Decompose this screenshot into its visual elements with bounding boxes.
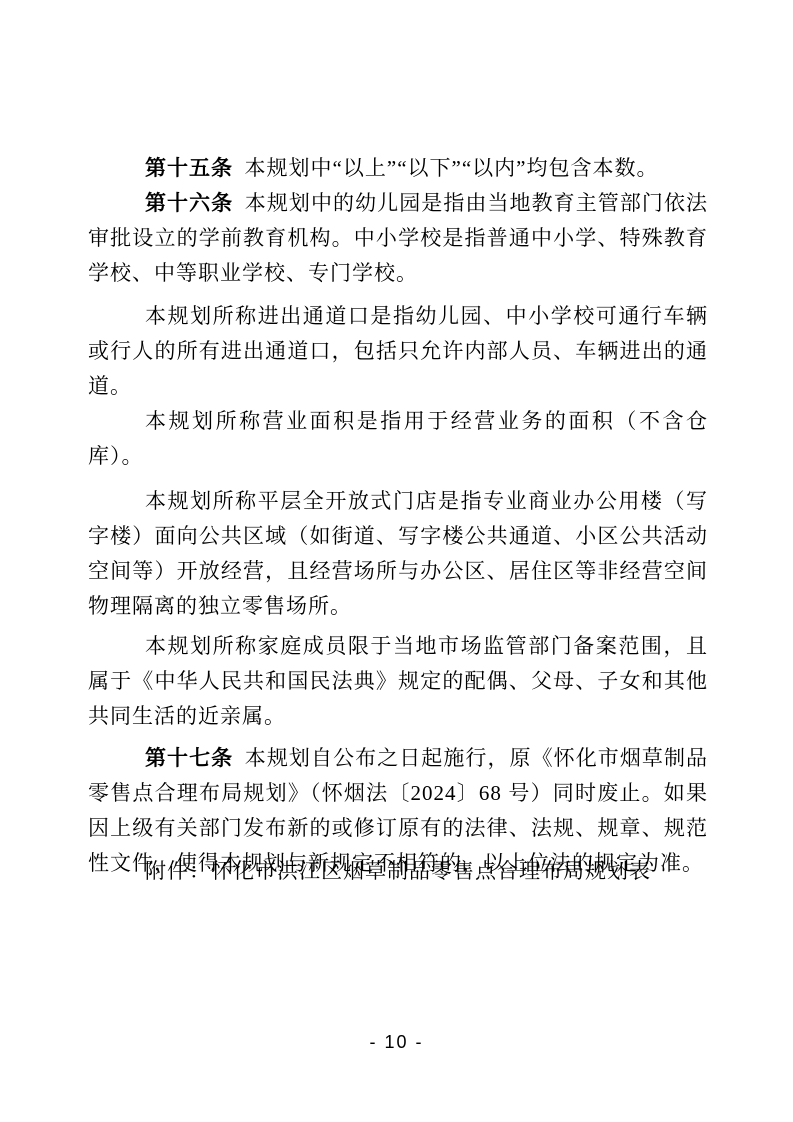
document-page: 第十五条本规划中“以上”“以下”“以内”均包含本数。第十六条本规划中的幼儿园是指… xyxy=(0,0,793,1122)
attachment-line: 附件：怀化市洪江区烟草制品零售点合理布局规划表 xyxy=(88,854,708,889)
attachment-holder: 附件：怀化市洪江区烟草制品零售点合理布局规划表 xyxy=(88,811,708,889)
paragraph-6: 本规划所称家庭成员限于当地市场监管部门备案范围，且属于《中华人民共和国民法典》规… xyxy=(88,629,708,734)
paragraph-3: 本规划所称进出通道口是指幼儿园、中小学校可通行车辆或行人的所有进出通道口，包括只… xyxy=(88,299,708,404)
article-number: 第十七条 xyxy=(145,746,233,770)
paragraph-5: 本规划所称平层全开放式门店是指专业商业办公用楼（写字楼）面向公共区域（如街道、写… xyxy=(88,484,708,624)
article-number: 第十六条 xyxy=(145,191,233,215)
paragraph-4: 本规划所称营业面积是指用于经营业务的面积（不含仓库）。 xyxy=(88,404,708,474)
paragraph-1: 第十五条本规划中“以上”“以下”“以内”均包含本数。 xyxy=(88,151,708,186)
article-number: 第十五条 xyxy=(145,156,233,180)
paragraph-2: 第十六条本规划中的幼儿园是指由当地教育主管部门依法审批设立的学前教育机构。中小学… xyxy=(88,186,708,291)
page-number: - 10 - xyxy=(0,1032,793,1053)
document-body: 第十五条本规划中“以上”“以下”“以内”均包含本数。第十六条本规划中的幼儿园是指… xyxy=(88,151,708,881)
